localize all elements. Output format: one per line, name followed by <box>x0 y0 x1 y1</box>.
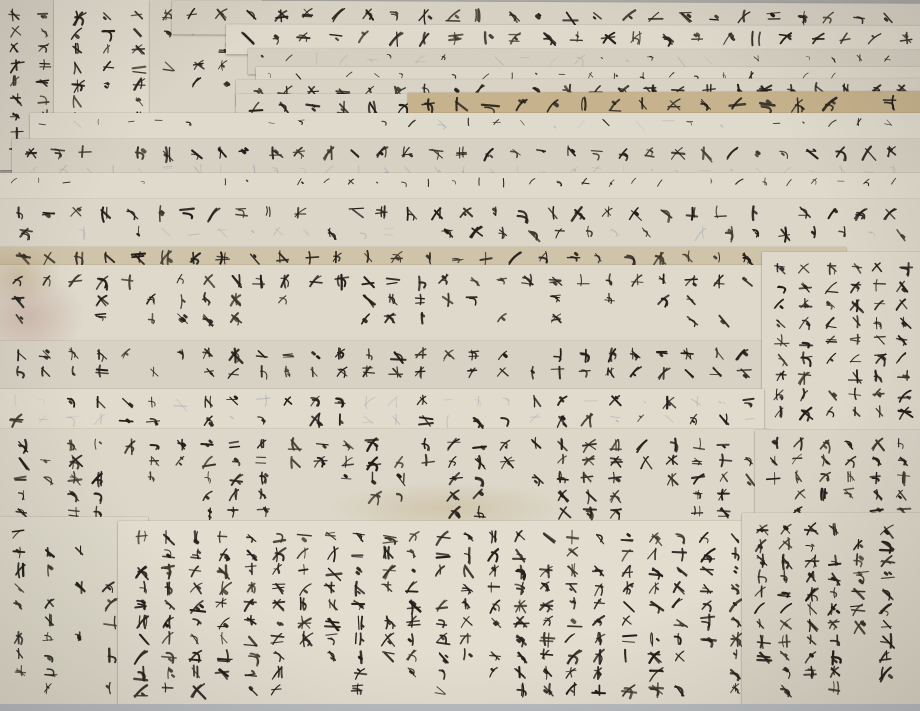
handwriting-ink-layer <box>0 199 920 253</box>
manuscript-sheet-mid-strip-4 <box>0 199 920 253</box>
manuscript-sheet-front-sheet-center <box>118 521 770 705</box>
handwriting-ink-layer <box>762 252 920 438</box>
photo-of-manuscripts: Photograph of many overlapping handwritt… <box>0 0 920 711</box>
manuscript-sheet-lower-band <box>0 429 770 525</box>
handwriting-ink-layer <box>0 429 770 525</box>
handwriting-ink-layer <box>118 521 770 705</box>
handwriting-ink-layer <box>0 341 792 391</box>
table-surface-strip <box>0 704 920 711</box>
manuscript-sheet-lower-band-right <box>755 430 920 524</box>
handwriting-ink-layer <box>755 430 920 524</box>
manuscript-sheet-right-tall-sheet <box>762 252 920 438</box>
handwriting-ink-layer <box>742 513 920 705</box>
manuscript-sheet-mid-block-2 <box>0 341 792 391</box>
manuscript-sheet-front-sheet-right <box>742 513 920 705</box>
manuscript-collage <box>0 0 920 711</box>
